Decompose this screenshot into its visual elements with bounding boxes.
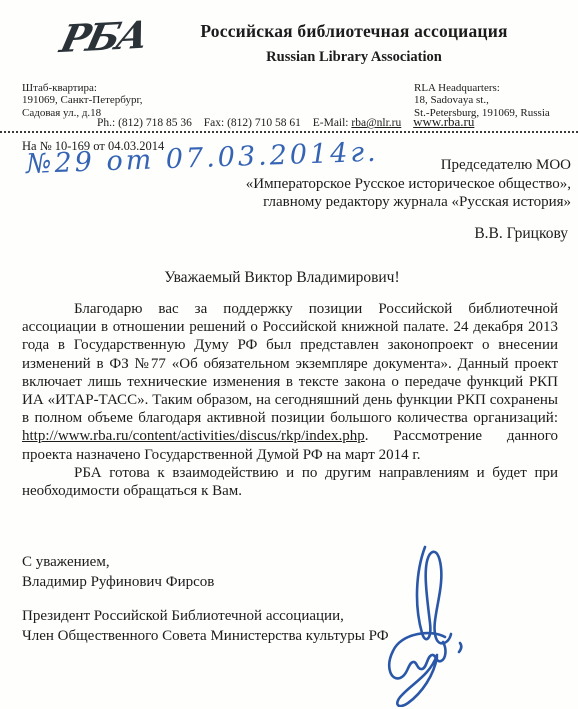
contact-line: Ph.: (812) 718 85 36 Fax: (812) 710 58 6… (97, 114, 474, 130)
closing-block: С уважением, Владимир Руфинович Фирсов П… (22, 553, 389, 646)
letter-body: Благодарю вас за поддержку позиции Росси… (22, 300, 558, 500)
salutation: Уважаемый Виктор Владимирович! (0, 269, 564, 287)
recipient-block: Председателю МОО «Императорское Русское … (246, 156, 571, 212)
email-link[interactable]: rba@nlr.ru (351, 117, 401, 129)
hq-en-line1: RLA Headquarters: (414, 82, 550, 94)
website-link[interactable]: www.rba.ru (413, 114, 474, 129)
org-name-ru: Российская библиотечная ассоциация (130, 21, 578, 42)
signature-image (381, 543, 477, 707)
recipient-name: В.В. Грицкову (474, 225, 568, 243)
recipient-line2: «Императорское Русское историческое обще… (246, 175, 571, 194)
hq-ru-line1: Штаб-квартира: (22, 82, 143, 94)
body-url-link[interactable]: http://www.rba.ru/content/activities/dis… (22, 428, 365, 444)
signature-tick (459, 643, 461, 652)
body-paragraph-1: Благодарю вас за поддержку позиции Росси… (22, 300, 558, 464)
closing-title-2: Член Общественного Совета Министерства к… (22, 627, 389, 647)
recipient-line3: главному редактору журнала «Русская исто… (246, 193, 571, 212)
phone-number: Ph.: (812) 718 85 36 (97, 117, 192, 129)
letter-page: РБА Российская библиотечная ассоциация R… (0, 0, 578, 709)
org-name-en: Russian Library Association (130, 49, 578, 66)
fax-number: Fax: (812) 710 58 61 (204, 117, 301, 129)
signature-tall-loops (417, 547, 451, 643)
hq-ru-line2: 191069, Санкт-Петербург, (22, 94, 143, 106)
recipient-line1: Председателю МОО (246, 156, 571, 175)
closing-regards: С уважением, (22, 553, 389, 573)
closing-name: Владимир Руфинович Фирсов (22, 573, 389, 593)
hq-en-line2: 18, Sadovaya st., (414, 94, 550, 106)
body-paragraph-1-text: Благодарю вас за поддержку позиции Росси… (22, 301, 558, 426)
closing-title-1: Президент Российской Библиотечной ассоци… (22, 607, 389, 627)
email-label: E-Mail: (313, 117, 349, 129)
closing-gap (22, 592, 389, 607)
body-paragraph-2: РБА готова к взаимодействию и по другим … (22, 464, 558, 500)
separator-line (0, 131, 578, 133)
signature-bottom-loop (397, 655, 437, 706)
